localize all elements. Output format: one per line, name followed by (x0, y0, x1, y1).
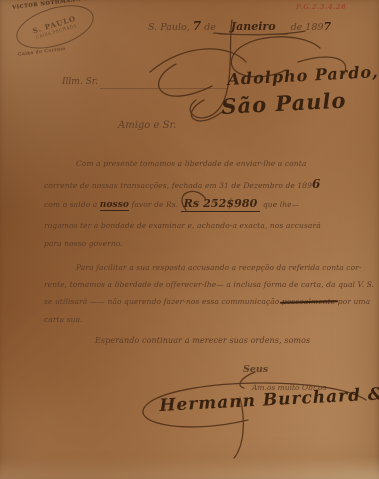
addressee-salutation: Illm. Sr. (62, 77, 98, 87)
letter-page: VICTOR NOTHMANN & C. S. PAULO CAIXA FECH… (0, 0, 379, 479)
body-p1-line5: para nosso governo. (44, 239, 123, 248)
body-p1-line2-print: corrente de nossas transacções, fechada … (44, 181, 312, 190)
body-p1-line3-pre: com o saldo a (44, 200, 97, 209)
body-p1-line1: Com a presente tomamos a liberdade de en… (76, 159, 306, 168)
received-stamp: VICTOR NOTHMANN & C. S. PAULO CAIXA FECH… (12, 0, 104, 58)
body-p2-line2: rente, tomamos a liberdade de offerecer-… (44, 280, 374, 289)
body-p2-line3: se utilisará —— não querendo fazer-nos e… (44, 297, 370, 306)
body-p2-line3-struck-word: pessoalmente (282, 297, 335, 306)
body-p2-line4: carta sua. (44, 315, 83, 324)
body-p2-line3-pre: se utilisará —— não querendo fazer-nos e… (44, 297, 279, 306)
dateline-place: S. Paulo, (148, 22, 190, 33)
dateline-de: de (204, 22, 216, 33)
greeting: Amigo e Sr. (118, 120, 176, 131)
dateline-de-year: de 189 (291, 22, 324, 33)
body-p1-line3-hand-nosso: nosso (100, 200, 129, 211)
body-p2-line1: Para facilitar a sua resposta accusando … (76, 263, 362, 272)
body-p1-line4: rogamos ter a bondade de examinar e, ach… (44, 221, 321, 230)
addressee-name: Adolpho Pardo, (227, 62, 379, 89)
body-p1-line3-amount: Rs 252$980 (181, 197, 261, 212)
body-p1-line2: corrente de nossas transacções, fechada … (44, 177, 320, 191)
body-p1-line3-mid: favor de Rs. (131, 200, 178, 209)
archival-reference: P.G.2.3.4.28 (296, 3, 346, 11)
dateline-day: 7 (193, 19, 201, 33)
body-p1-line2-year-digit: 6 (312, 177, 320, 191)
body-p2-line3-post: por uma (338, 297, 370, 306)
addressee-rule (100, 87, 228, 89)
dateline: S. Paulo, 7 de Janeiro de 1897 (148, 19, 331, 33)
body-p1-line3: com o saldo a nosso favor de Rs. Rs 252$… (44, 197, 299, 211)
dateline-year-digit: 7 (323, 20, 331, 33)
body-p1-line3-post: que lhe— (263, 200, 299, 209)
closing-line: Esperando continuar a merecer suas orden… (95, 336, 310, 346)
signature-seus: Seus (243, 364, 268, 375)
dateline-month: Janeiro (219, 20, 288, 35)
addressee-city: São Paulo (221, 87, 347, 119)
